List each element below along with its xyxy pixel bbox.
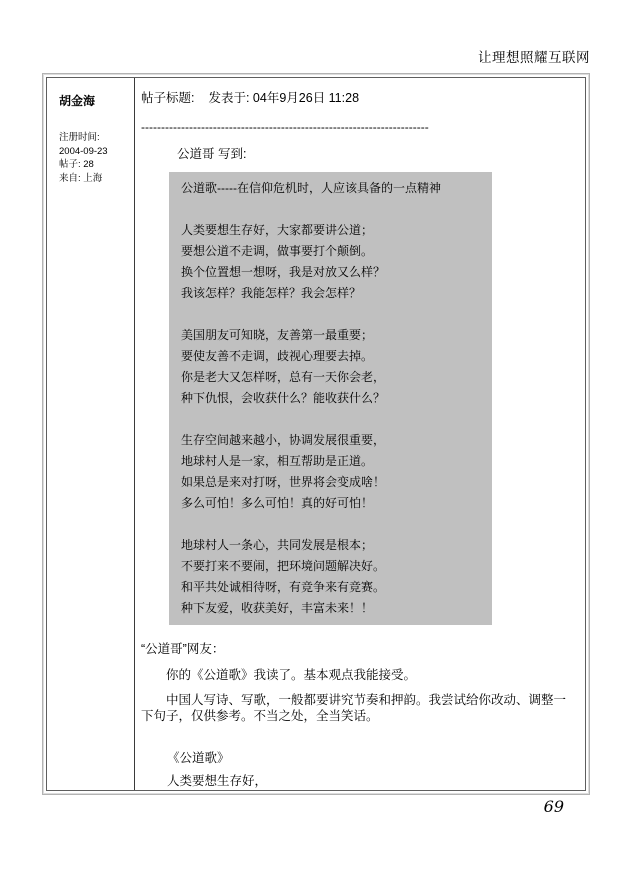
page-number: 69 [544, 797, 564, 816]
quote-line: 我该怎样？我能怎样？我会怎样？ [181, 283, 480, 304]
quote-line: 地球村人是一家，相互帮助是正道。 [181, 451, 480, 472]
registered-label: 注册时间: [59, 131, 130, 145]
post-title-label: 帖子标题: [141, 91, 194, 105]
reply-song-title: 《公道歌》 [167, 750, 575, 766]
reply-paragraph: 你的《公道歌》我读了。基本观点我能接受。 [141, 667, 575, 683]
author-info: 注册时间: 2004-09-23 帖子: 28 来自: 上海 [59, 131, 130, 185]
quote-line: 种下友爱，收获美好，丰富未来！！ [181, 598, 480, 619]
quoted-poem-block: 公道歌-----在信仰危机时，人应该具备的一点精神 人类要想生存好，大家都要讲公… [169, 172, 492, 625]
author-post-count: 帖子: 28 [59, 158, 130, 172]
quote-line: 种下仇恨，会收获什么？能收获什么？ [181, 388, 480, 409]
quote-line [181, 199, 480, 220]
quote-line [181, 514, 480, 535]
quote-line: 换个位置想一想呀，我是对放又么样？ [181, 262, 480, 283]
post-frame: 胡金海 注册时间: 2004-09-23 帖子: 28 来自: 上海 帖子标题:… [42, 73, 590, 795]
post-content: 帖子标题:发表于: 04年9月26日 11:28 ---------------… [135, 78, 585, 790]
separator-dashes: ----------------------------------------… [141, 120, 471, 134]
reply-paragraph: 中国人写诗、写歌，一般都要讲究节奏和押韵。我尝试给你改动、调整一下句子，仅供参考… [141, 692, 575, 724]
author-panel: 胡金海 注册时间: 2004-09-23 帖子: 28 来自: 上海 [47, 78, 135, 790]
quote-line [181, 409, 480, 430]
quote-intro: 公道哥 写到: [177, 144, 575, 162]
quote-line: 要使友善不走调，歧视心理要去掉。 [181, 346, 480, 367]
quote-line: 和平共处诚相待呀，有竞争来有竞赛。 [181, 577, 480, 598]
quote-line: 公道歌-----在信仰危机时，人应该具备的一点精神 [181, 178, 480, 199]
quote-line: 不要打来不要闹，把环境问题解决好。 [181, 556, 480, 577]
quote-line: 美国朋友可知晓，友善第一最重要； [181, 325, 480, 346]
quote-line: 地球村人一条心，共同发展是根本； [181, 535, 480, 556]
reply-text: “公道哥”网友： 你的《公道歌》我读了。基本观点我能接受。 中国人写诗、写歌，一… [141, 641, 575, 789]
author-location: 来自: 上海 [59, 172, 130, 186]
quote-line: 人类要想生存好，大家都要讲公道； [181, 220, 480, 241]
quote-line: 生存空间越来越小，协调发展很重要， [181, 430, 480, 451]
posted-at-timestamp: 发表于: 04年9月26日 11:28 [208, 91, 359, 105]
quote-line: 要想公道不走调，做事要打个颠倒。 [181, 241, 480, 262]
site-header-title: 让理想照耀互联网 [478, 46, 590, 66]
quote-line: 你是老大又怎样呀，总有一天你会老， [181, 367, 480, 388]
registered-date: 2004-09-23 [59, 145, 130, 159]
author-name: 胡金海 [59, 92, 130, 109]
reply-song-line: 人类要想生存好， [167, 773, 575, 789]
reply-salutation: “公道哥”网友： [141, 641, 575, 657]
quote-line: 多么可怕！多么可怕！真的好可怕！ [181, 493, 480, 514]
quote-line: 如果总是来对打呀，世界将会变成啥！ [181, 472, 480, 493]
post-table: 胡金海 注册时间: 2004-09-23 帖子: 28 来自: 上海 帖子标题:… [46, 77, 586, 791]
quote-line [181, 304, 480, 325]
post-title-row: 帖子标题:发表于: 04年9月26日 11:28 [141, 88, 575, 106]
